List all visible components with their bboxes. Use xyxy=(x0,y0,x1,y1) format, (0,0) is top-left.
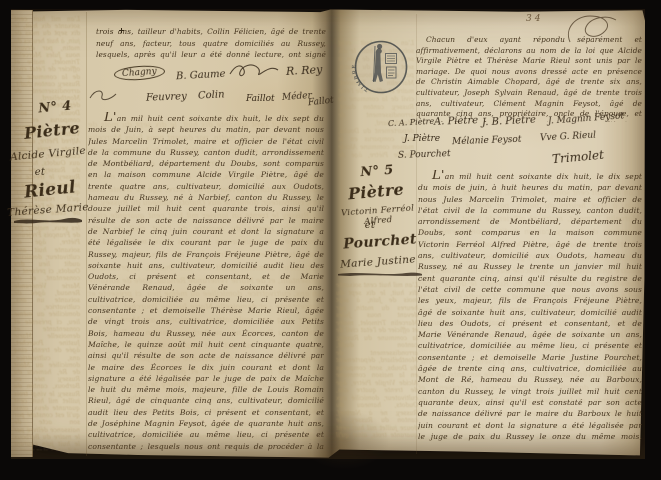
page-number: 34 xyxy=(526,14,543,24)
ink-mark xyxy=(119,28,124,33)
signature-paraph-icon xyxy=(228,60,280,80)
signature: Colin xyxy=(198,89,225,101)
signature: J. Piètre xyxy=(404,134,440,144)
signature: Faillot xyxy=(246,94,275,104)
left-margin-crease xyxy=(86,12,87,456)
act-4-closing-text: Chacun d'eux ayant répondu séparément et… xyxy=(416,35,642,122)
act-4-body-text: L'an mil huit cent soixante dix huit, le… xyxy=(88,112,324,453)
margin-underline-icon xyxy=(336,270,424,278)
margin-et: et xyxy=(30,167,50,178)
page-stack-edge xyxy=(11,10,33,457)
margin-et: et xyxy=(360,220,380,231)
signature: A. Piètre xyxy=(434,115,478,128)
register-scan: L'an mil huit cent soixante dix huit, le… xyxy=(0,0,661,480)
act-5-body-text: L'an mil huit cent soixante dix huit, le… xyxy=(418,170,642,443)
signature: Feuvrey xyxy=(146,91,187,103)
previous-act-closing-lines: trois ans, tailleur d'habits, Collin Fél… xyxy=(96,26,326,63)
revenue-stamp: TIMBRE xyxy=(351,37,411,97)
signature: S. Pourchet xyxy=(398,149,451,161)
margin-underline-flourish-icon xyxy=(12,215,84,225)
signature: R. Rey xyxy=(286,63,323,78)
signature-paraph-icon xyxy=(88,86,118,104)
